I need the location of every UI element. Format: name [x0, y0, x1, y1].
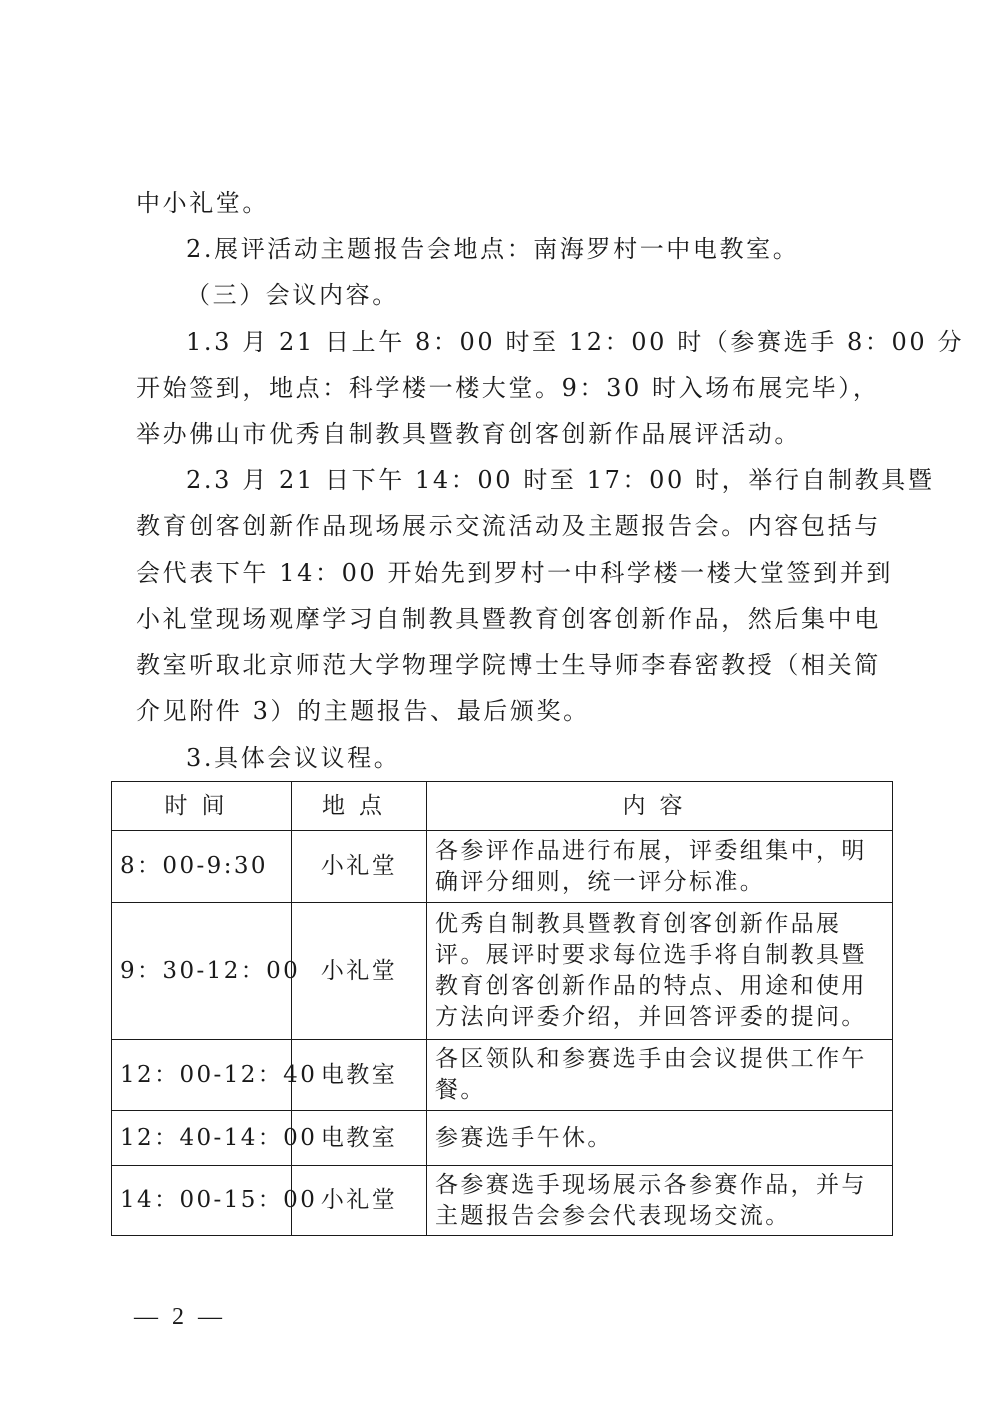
document-page: 中小礼堂。 2.展评活动主题报告会地点：南海罗村一中电教室。 （三）会议内容。 …: [0, 0, 992, 1403]
cell-place: 小礼堂: [292, 903, 427, 1040]
cell-content: 各参赛选手现场展示各参赛作品，并与主题报告会参会代表现场交流。: [427, 1166, 893, 1236]
paragraph-line: 开始签到，地点：科学楼一楼大堂。9：30 时入场布展完毕），: [136, 372, 876, 404]
table-header-row: 时间 地点 内容: [112, 782, 893, 831]
table-row: 14：00-15：00 小礼堂 各参赛选手现场展示各参赛作品，并与主题报告会参会…: [112, 1166, 893, 1236]
paragraph-agenda-heading: 3.具体会议议程。: [186, 742, 926, 774]
cell-content: 优秀自制教具暨教育创客创新作品展评。展评时要求每位选手将自制教具暨教育创客创新作…: [427, 903, 893, 1040]
cell-content: 各参评作品进行布展，评委组集中，明确评分细则，统一评分标准。: [427, 831, 893, 903]
cell-time: 12：40-14：00: [112, 1111, 292, 1166]
cell-place: 小礼堂: [292, 831, 427, 903]
section-heading-meeting-content: （三）会议内容。: [186, 279, 926, 311]
table-row: 9：30-12：00 小礼堂 优秀自制教具暨教育创客创新作品展评。展评时要求每位…: [112, 903, 893, 1040]
page-number: — 2 —: [134, 1304, 226, 1331]
paragraph-line: 会代表下午 14：00 开始先到罗村一中科学楼一楼大堂签到并到: [136, 557, 876, 589]
column-header-place: 地点: [292, 782, 427, 831]
paragraph-line: 中小礼堂。: [136, 187, 876, 219]
cell-content: 参赛选手午休。: [427, 1111, 893, 1166]
cell-time: 14：00-15：00: [112, 1166, 292, 1236]
agenda-table: 时间 地点 内容 8：00-9:30 小礼堂 各参评作品进行布展，评委组集中，明…: [111, 781, 893, 1236]
column-header-content: 内容: [427, 782, 893, 831]
paragraph-line: 1.3 月 21 日上午 8：00 时至 12：00 时（参赛选手 8：00 分: [186, 326, 926, 358]
cell-time: 9：30-12：00: [112, 903, 292, 1040]
column-header-time: 时间: [112, 782, 292, 831]
paragraph-line: 教室听取北京师范大学物理学院博士生导师李春密教授（相关简: [136, 649, 876, 681]
cell-time: 8：00-9:30: [112, 831, 292, 903]
paragraph-line: 教育创客创新作品现场展示交流活动及主题报告会。内容包括与: [136, 510, 876, 542]
table-row: 12：40-14：00 电教室 参赛选手午休。: [112, 1111, 893, 1166]
cell-time: 12：00-12：40: [112, 1040, 292, 1111]
paragraph-line: 举办佛山市优秀自制教具暨教育创客创新作品展评活动。: [136, 418, 876, 450]
paragraph-line: 小礼堂现场观摩学习自制教具暨教育创客创新作品，然后集中电: [136, 603, 876, 635]
cell-content: 各区领队和参赛选手由会议提供工作午餐。: [427, 1040, 893, 1111]
paragraph-report-venue: 2.展评活动主题报告会地点：南海罗村一中电教室。: [186, 233, 926, 265]
paragraph-line: 2.3 月 21 日下午 14：00 时至 17：00 时，举行自制教具暨: [186, 464, 926, 496]
table-row: 8：00-9:30 小礼堂 各参评作品进行布展，评委组集中，明确评分细则，统一评…: [112, 831, 893, 903]
table-row: 12：00-12：40 电教室 各区领队和参赛选手由会议提供工作午餐。: [112, 1040, 893, 1111]
paragraph-line: 介见附件 3）的主题报告、最后颁奖。: [136, 695, 876, 727]
